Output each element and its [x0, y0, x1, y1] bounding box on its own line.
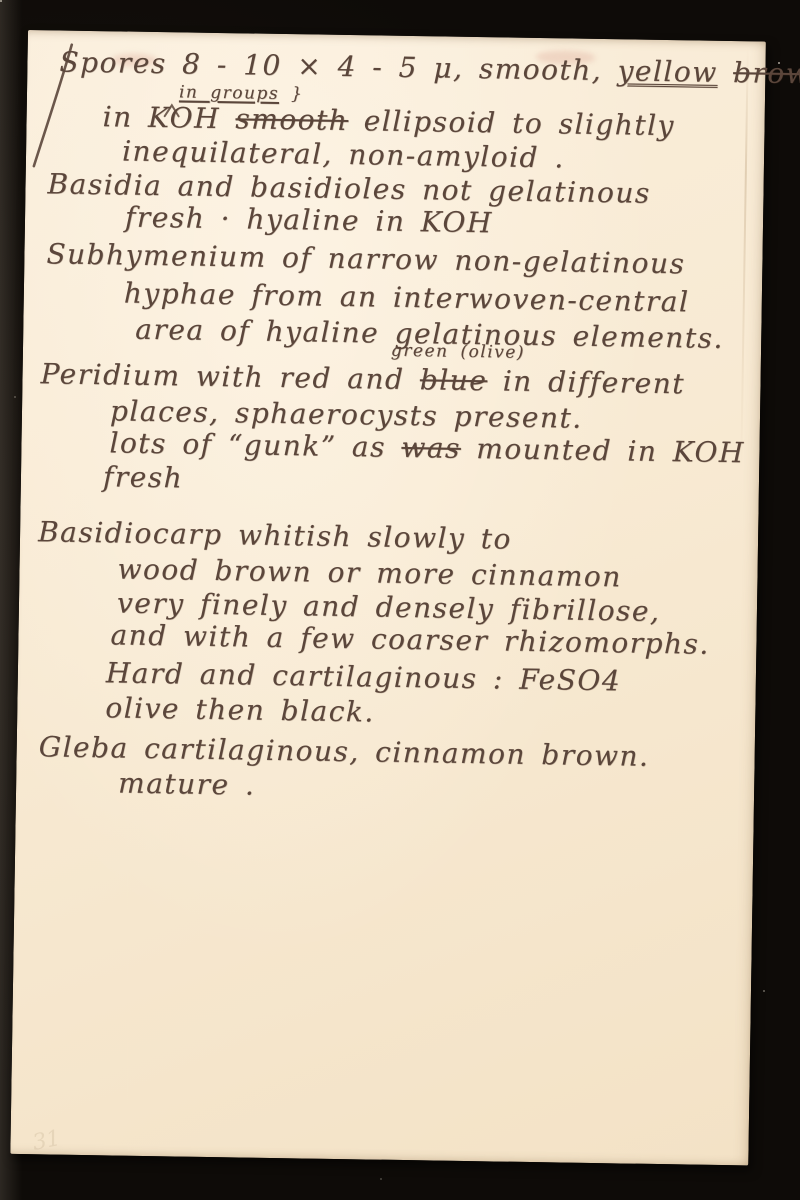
felt-lint-specks	[0, 0, 2, 2]
note-text-segment: hyphae from an interwoven-central	[124, 277, 690, 319]
note-text-segment: smooth	[235, 102, 348, 137]
note-text-segment: mature .	[118, 767, 256, 802]
note-text-segment: mounted in KOH	[461, 432, 745, 469]
note-text-segment: Peridium with red and	[40, 357, 420, 396]
note-text-segment: blue	[420, 363, 488, 397]
note-text-segment: in KOH	[102, 100, 235, 135]
note-body: Spores 8 - 10 × 4 - 5 μ, smooth, yellow …	[28, 30, 766, 42]
note-text-segment: }	[279, 84, 304, 104]
note-text-segment: lots of “gunk” as	[109, 426, 401, 464]
note-line: and with a few coarser rhizomorphs.	[110, 621, 710, 658]
note-text-segment: in different	[487, 364, 685, 400]
note-line: Basidiocarp whitish slowly to	[38, 518, 512, 553]
note-text-segment: Subhymenium of narrow non-gelatinous	[46, 237, 685, 280]
note-line: hyphae from an interwoven-central	[124, 280, 690, 317]
note-text-segment: fresh · hyaline in KOH	[125, 201, 493, 240]
note-text-segment	[717, 56, 733, 89]
note-line: green (olive)	[391, 343, 525, 362]
note-text-segment: Hard and cartilaginous : FeSO4	[106, 656, 622, 697]
note-line: Gleba cartilaginous, cinnamon brown.	[39, 733, 650, 771]
note-text-segment: olive then black.	[105, 691, 375, 728]
note-text-segment: Basidiocarp whitish slowly to	[38, 515, 512, 555]
note-line: Subhymenium of narrow non-gelatinous	[46, 240, 685, 278]
note-text-segment: green (olive)	[391, 341, 525, 363]
note-text-segment: brown	[733, 56, 800, 91]
note-line: inequilateral, non-amyloid .	[122, 137, 565, 172]
note-line: fresh	[103, 463, 184, 492]
paper-edge-crease	[740, 47, 749, 467]
note-text-segment: was	[401, 431, 461, 465]
note-line: Hard and cartilaginous : FeSO4	[106, 659, 622, 695]
note-line: Spores 8 - 10 × 4 - 5 μ, smooth, yellow …	[59, 49, 800, 89]
note-text-segment: yellow	[617, 54, 718, 89]
note-card: Spores 8 - 10 × 4 - 5 μ, smooth, yellow …	[10, 30, 766, 1165]
note-line: Peridium with red and blue in different	[40, 360, 685, 398]
faint-pencil-mark: 31	[30, 1126, 62, 1156]
note-text-segment: Spores 8 - 10 × 4 - 5 μ, smooth,	[59, 46, 618, 88]
note-line: olive then black.	[105, 694, 375, 726]
note-line: wood brown or more cinnamon	[117, 555, 622, 591]
note-text-segment: fresh	[103, 460, 184, 494]
note-text-segment: ellipsoid to slightly	[348, 104, 675, 142]
note-line: lots of “gunk” as was mounted in KOH	[109, 429, 745, 467]
photo-of-handwritten-note: Spores 8 - 10 × 4 - 5 μ, smooth, yellow …	[0, 0, 800, 1200]
note-line: fresh · hyaline in KOH	[125, 204, 493, 238]
note-line: mature .	[118, 770, 256, 800]
note-line: in groups }	[179, 84, 304, 103]
note-text-segment: inequilateral, non-amyloid .	[122, 134, 565, 174]
